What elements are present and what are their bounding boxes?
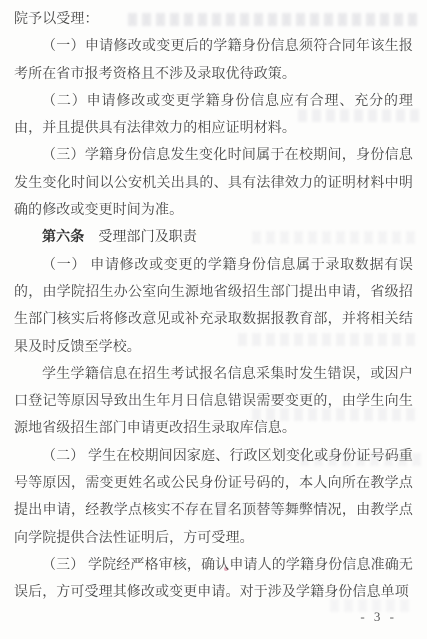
article-6-heading: 第六条受理部门及职责 xyxy=(14,224,413,251)
clause-6-item-1-continued: 学生学籍信息在招生考试报名信息采集时发生错误，或因户口登记等原因导致出生年月日信… xyxy=(14,361,413,443)
clause-5-item-2: （二）申请修改或变更学籍身份信息应有合理、充分的理由，并且提供具有法律效力的相应… xyxy=(14,88,413,143)
clause-6-item-3: （三） 学院经严格审核，确认申请人的学籍身份信息准确无误后，方可受理其修改或变更… xyxy=(14,552,413,607)
clause-5-item-3: （三）学籍身份信息发生变化时间属于在校期间，身份信息发生变化时间以公安机关出具的… xyxy=(14,142,413,224)
article-number: 第六条 xyxy=(42,230,84,245)
clause-6-item-2: （二） 学生在校期间因家庭、行政区划变化或身份证号码重号等原因，需变更姓名或公民… xyxy=(14,443,413,552)
document-body: 院予以受理： （一）申请修改或变更后的学籍身份信息须符合同年该生报考所在省市报考… xyxy=(14,6,413,607)
scanned-document-page: 院予以受理： （一）申请修改或变更后的学籍身份信息须符合同年该生报考所在省市报考… xyxy=(0,0,427,639)
article-title: 受理部门及职责 xyxy=(98,230,197,245)
clause-5-item-1: （一）申请修改或变更后的学籍身份信息须符合同年该生报考所在省市报考资格且不涉及录… xyxy=(14,33,413,88)
clause-6-item-1: （一） 申请修改或变更的学籍身份信息属于录取数据有误的，由学院招生办公室向生源地… xyxy=(14,252,413,361)
paragraph-continuation: 院予以受理： xyxy=(14,6,413,33)
page-number: - 3 - xyxy=(360,609,397,625)
